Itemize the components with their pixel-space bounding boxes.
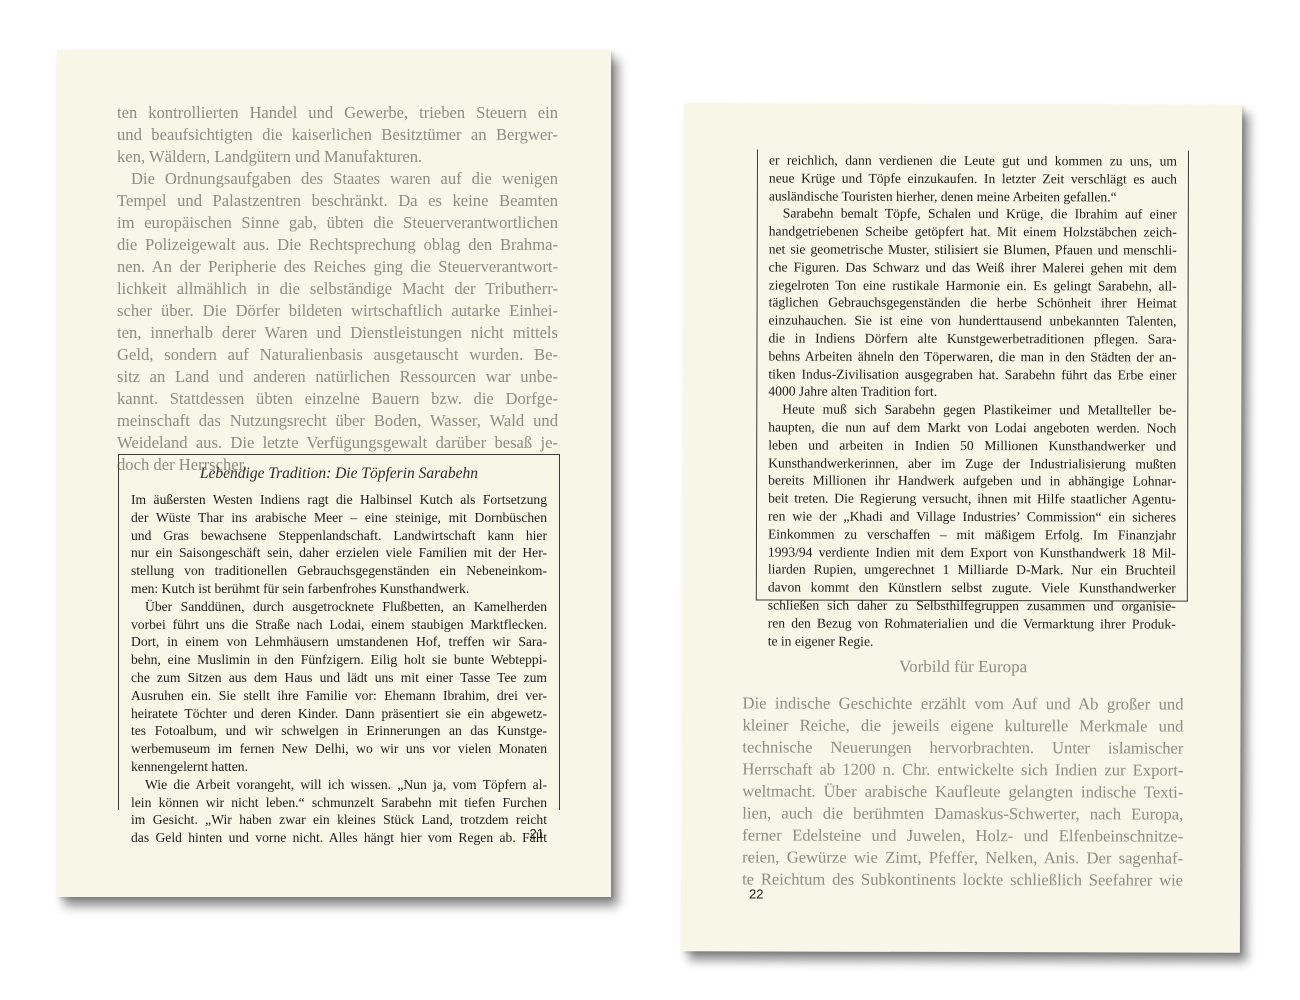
text-line: haupten, die nun auf dem Markt von Lodai…	[768, 418, 1176, 437]
main-text-block: Die indische Geschichte erzählt vom Auf …	[742, 692, 1184, 891]
text-line: Die indische Geschichte erzählt vom Auf …	[743, 692, 1184, 715]
text-line: Geld, sondern auf Naturalienbasis ausget…	[117, 344, 558, 366]
page-21: ten kontrollierten Handel und Gewerbe, t…	[57, 50, 611, 897]
text-line: die Polizeigewalt aus. Die Rechtsprechun…	[117, 234, 558, 256]
text-line: Dort, in einem von Lehmhäusern umstanden…	[131, 633, 547, 651]
text-line: er reichlich, dann verdienen die Leute g…	[769, 151, 1177, 170]
text-line: che zum Sitzen aus dem Haus und lädt uns…	[131, 669, 547, 687]
text-line: lein können wir nicht leben.“ schmunzelt…	[131, 794, 547, 812]
main-text-block: ten kontrollierten Handel und Gewerbe, t…	[117, 102, 558, 476]
text-line: Sarabehn bemalt Töpfe, Schalen und Krüge…	[769, 205, 1177, 224]
text-line: Kunsthandwerkerinnen, aber im Zuge der I…	[768, 454, 1176, 473]
text-line: behn, eine Muslimin in den Fünfzigern. E…	[131, 651, 547, 669]
text-line: ren wie der „Khadi and Village Industrie…	[768, 507, 1176, 526]
text-line: täglichen Gebrauchsgegenständen die herb…	[769, 294, 1177, 313]
text-line: ren den Bezug von Rohmaterialien und die…	[768, 614, 1176, 633]
text-line: weltmacht. Über arabische Kaufleute gela…	[742, 780, 1183, 803]
text-line: scher über. Die Dörfer bildeten wirtscha…	[117, 300, 558, 322]
text-line: Im äußersten Westen Indiens ragt die Hal…	[131, 491, 547, 509]
text-line: ausländische Touristen hierher, denen me…	[769, 187, 1177, 206]
text-line: Wie die Arbeit vorangeht, will ich wisse…	[131, 776, 547, 794]
text-line: ken, Wäldern, Landgütern und Manufakture…	[117, 146, 558, 168]
text-line: kleiner Reiche, die jeweils eigene kultu…	[742, 714, 1183, 737]
text-line: nur ein Saisongeschäft sein, daher erzie…	[131, 544, 547, 562]
text-line: kennengelernt hatten.	[131, 758, 547, 776]
text-line: sitz an Land und anderen natürlichen Res…	[117, 366, 558, 388]
text-line: stellung von traditionellen Gebrauchsgeg…	[131, 562, 547, 580]
text-line: im europäischen Sinne gab, übten die Ste…	[117, 212, 558, 234]
text-line: lichkeit allmählich in die selbständige …	[117, 278, 558, 300]
text-line: Über Sanddünen, durch ausgetrocknete Flu…	[131, 598, 547, 616]
text-line: Herrschaft ab 1200 n. Chr. entwickelte s…	[742, 758, 1183, 781]
text-line: tes Fotoalbum, und wir schwelgen in Erin…	[131, 722, 547, 740]
text-line: ziegelroten Ton eine rustikale Harmonie …	[769, 276, 1177, 295]
page-number: 22	[749, 886, 764, 901]
text-line: te in eigener Regie.	[768, 632, 1176, 651]
text-line: ten kontrollierten Handel und Gewerbe, t…	[117, 102, 558, 124]
text-line: men: Kutch ist berühmt für sein farbenfr…	[131, 580, 547, 598]
text-line: handgetriebenen Scheibe getöpfert hat. M…	[769, 223, 1177, 242]
page-number: 21	[530, 826, 544, 841]
text-line: das Geld hinten und vorne nicht. Alles h…	[131, 829, 547, 847]
sidebar-box-sarabehn: Lebendige Tradition: Die Töpferin Sarabe…	[118, 454, 560, 810]
text-line: liarden Rupien, umgerechnet 1 Milliarde …	[768, 561, 1176, 580]
section-heading: Vorbild für Europa	[743, 656, 1184, 677]
text-line: behns Arbeiten ähneln den Töperwaren, di…	[768, 347, 1176, 366]
text-line: nen. An der Peripherie des Reiches ging …	[117, 256, 558, 278]
text-line: ten, innerhalb derer Waren und Dienstlei…	[117, 322, 558, 344]
sidebar-box-continued: er reichlich, dann verdienen die Leute g…	[756, 149, 1189, 601]
text-line: im Gesicht. „Wir haben zwar ein kleines …	[131, 811, 547, 829]
text-line: kannt. Stattdessen übten einzelne Bauern…	[117, 388, 558, 410]
text-line: leben und arbeiten in Indien 50 Millione…	[768, 436, 1176, 455]
text-line: technische Neuerungen hervorbrachten. Un…	[742, 736, 1183, 759]
text-line: der Wüste Thar ins arabische Meer – eine…	[131, 509, 547, 527]
text-line: Tempel und Palastzentren beschränkt. Da …	[117, 190, 558, 212]
box-title: Lebendige Tradition: Die Töpferin Sarabe…	[119, 465, 559, 483]
text-line: schließen sich daher zu Selbsthilfegrupp…	[768, 596, 1176, 615]
text-line: bereits Millionen ihr Handwerk aufgeben …	[768, 472, 1176, 491]
text-line: beit treten. Die Regierung versucht, ihn…	[768, 490, 1176, 509]
text-line: Die Ordnungsaufgaben des Staates waren a…	[117, 168, 558, 190]
text-line: Heute muß sich Sarabehn gegen Plastikeim…	[768, 401, 1176, 420]
text-line: reien, Gewürze wie Zimt, Pfeffer, Nelken…	[742, 846, 1183, 869]
text-line: Ausruhen ein. Sie stellt ihre Familie vo…	[131, 687, 547, 705]
text-line: die in Indiens Dörfern alte Kunstgewerbe…	[768, 329, 1176, 348]
box-text: Im äußersten Westen Indiens ragt die Hal…	[131, 491, 547, 847]
text-line: vorbei führt uns die Straße nach Lodai, …	[131, 616, 547, 634]
text-line: che Figuren. Das Schwarz und das Weiß ih…	[769, 258, 1177, 277]
text-line: 1993/94 verdiente Indien mit dem Export …	[768, 543, 1176, 562]
text-line: und Gras bewachsene Steppenlandschaft. L…	[131, 527, 547, 545]
text-line: meinschaft das Nutzungsrecht über Boden,…	[117, 410, 558, 432]
box-text: er reichlich, dann verdienen die Leute g…	[768, 151, 1177, 650]
text-line: neue Krüge und Töpfe einzukaufen. In let…	[769, 169, 1177, 188]
text-line: heiratete Töchter und deren Kinder. Dann…	[131, 705, 547, 723]
text-line: 4000 Jahre alten Tradition fort.	[768, 383, 1176, 402]
text-line: ferner Edelsteine und Juwelen, Holz- und…	[742, 824, 1183, 847]
text-line: einzuhauchen. Sie ist eine von hundertta…	[769, 312, 1177, 331]
text-line: net sie geometrische Muster, stilisiert …	[769, 240, 1177, 259]
text-line: lien, auch die berühmten Damaskus-Schwer…	[742, 802, 1183, 825]
text-line: werbemuseum im fernen New Delhi, wo wir …	[131, 740, 547, 758]
text-line: te Reichtum des Subkontinents lockte sch…	[742, 868, 1183, 891]
page-22: er reichlich, dann verdienen die Leute g…	[682, 103, 1242, 952]
text-line: Weideland aus. Die letzte Verfügungsgewa…	[117, 432, 558, 454]
text-line: tiken Indus-Zivilisation ausgegraben hat…	[768, 365, 1176, 384]
text-line: davon kommt den Künstlern selbst zugute.…	[768, 579, 1176, 598]
text-line: Einkommen zu verschaffen – mit mäßigem E…	[768, 525, 1176, 544]
text-line: und beaufsichtigten die kaiserlichen Bes…	[117, 124, 558, 146]
